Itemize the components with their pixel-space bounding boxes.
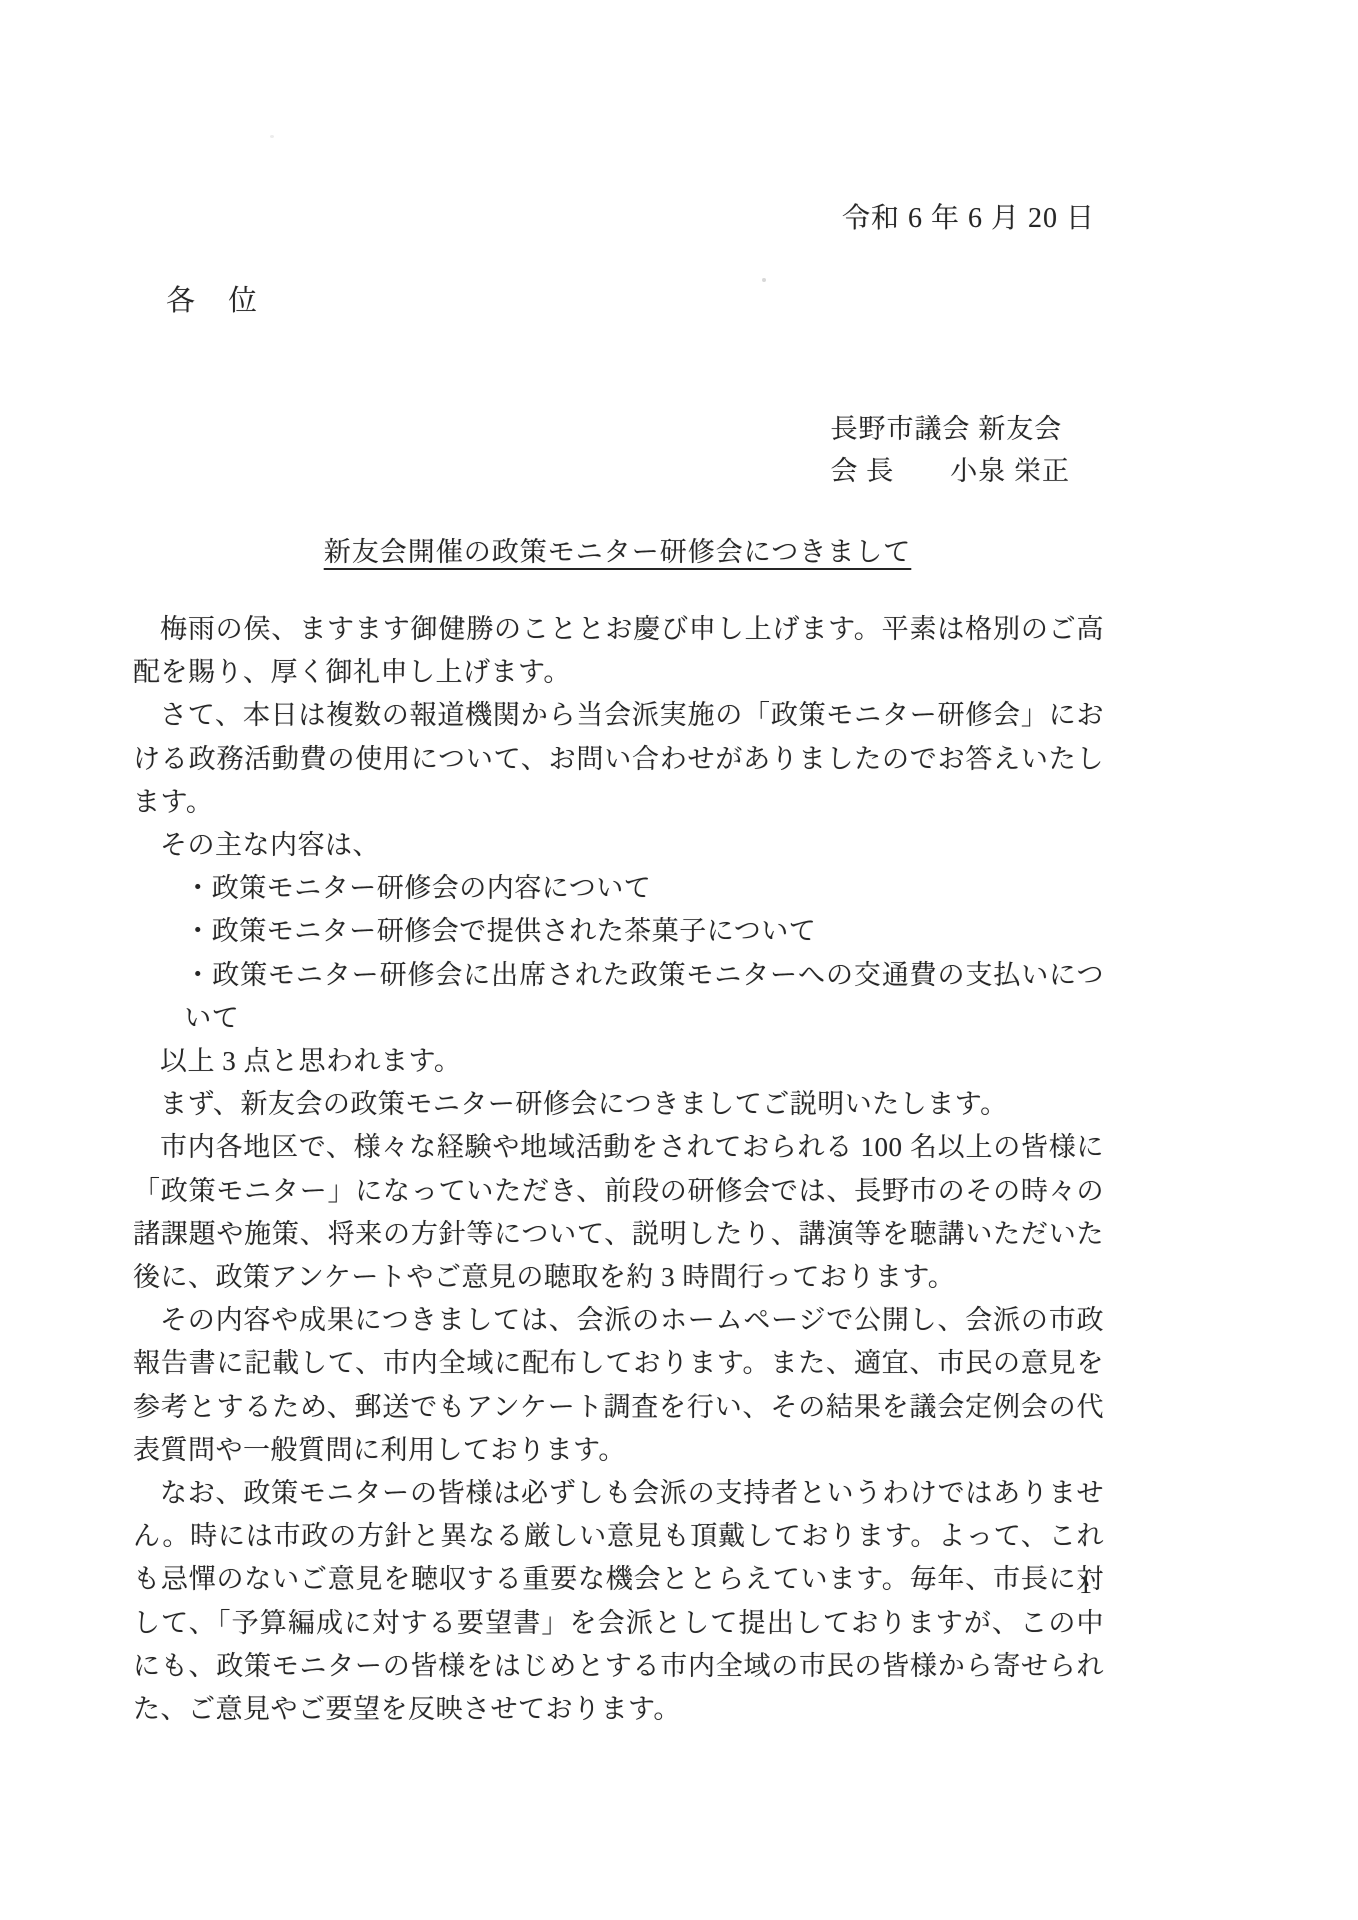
paragraph-inquiry: さて、本日は複数の報道機関から当会派実施の「政策モニター研修会」における政務活動… [133, 694, 1104, 824]
paragraph-three-points: 以上 3 点と思われます。 [133, 1040, 1104, 1083]
addressee: 各 位 [166, 278, 259, 319]
paragraph-results-publication: その内容や成果につきましては、会派のホームページで公開し、会派の市政報告書に記載… [133, 1299, 1104, 1472]
bullet-item-contents: ・政策モニター研修会の内容について [133, 867, 1104, 910]
scanned-letter-page: 令和 6 年 6 月 20 日 各 位 長野市議会 新友会 会 長 小泉 栄正 … [0, 0, 1358, 1920]
document-date: 令和 6 年 6 月 20 日 [842, 196, 1095, 236]
document-title-row: 新友会開催の政策モニター研修会につきまして [133, 530, 1102, 569]
scan-speck [762, 278, 766, 282]
page-number: 1 [1079, 1570, 1092, 1600]
document-title: 新友会開催の政策モニター研修会につきまして [324, 537, 911, 567]
paragraph-monitor-opinions: なお、政策モニターの皆様は必ずしも会派の支持者というわけではありません。時には市… [133, 1472, 1104, 1731]
paragraph-explanation-intro: まず、新友会の政策モニター研修会につきましてご説明いたします。 [133, 1083, 1104, 1126]
scan-speck [270, 135, 274, 138]
paragraph-monitor-description: 市内各地区で、様々な経験や地域活動をされておられる 100 名以上の皆様に「政策… [133, 1126, 1104, 1299]
paragraph-greeting: 梅雨の侯、ますます御健勝のこととお慶び申し上げます。平素は格別のご高配を賜り、厚… [133, 608, 1104, 694]
bullet-item-refreshments: ・政策モニター研修会で提供された茶菓子について [133, 910, 1104, 953]
sender-title-and-name: 会 長 小泉 栄正 [831, 450, 1071, 492]
sender-organization: 長野市議会 新友会 [831, 408, 1071, 450]
document-body: 梅雨の侯、ますます御健勝のこととお慶び申し上げます。平素は格別のご高配を賜り、厚… [133, 608, 1104, 1731]
sender-block: 長野市議会 新友会 会 長 小泉 栄正 [831, 408, 1071, 492]
bullet-item-transport-costs: ・政策モニター研修会に出席された政策モニターへの交通費の支払いについて [133, 954, 1104, 1040]
paragraph-main-contents-intro: その主な内容は、 [133, 824, 1104, 867]
